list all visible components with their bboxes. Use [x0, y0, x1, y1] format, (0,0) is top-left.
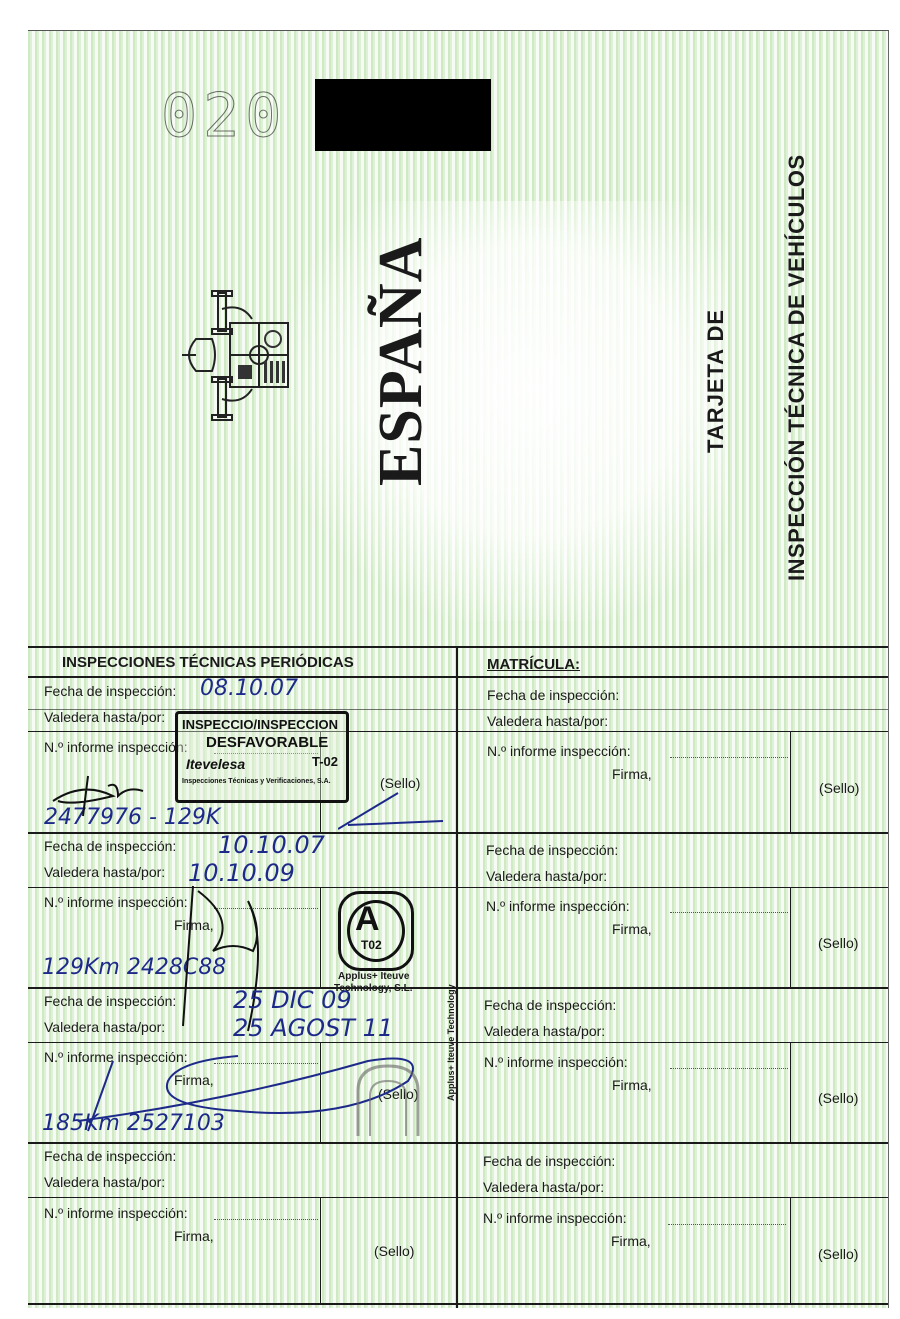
stamp-brand: Itevelesa	[186, 756, 245, 772]
stamp-company: Applus+ Iteuve Technology	[446, 984, 456, 1101]
informe-label: N.º informe inspección:	[486, 898, 630, 914]
perforated-serial-number: 020	[161, 86, 287, 146]
informe-label: N.º informe inspección:	[487, 743, 631, 759]
stamp-company-line1: Applus+ Iteuve	[338, 971, 409, 982]
fecha-label: Fecha de inspección:	[44, 683, 176, 699]
valedera-label: Valedera hasta/por:	[44, 1019, 165, 1035]
redacted-serial	[315, 79, 491, 151]
informe-label: N.º informe inspección:	[44, 894, 188, 910]
sello-label: (Sello)	[818, 1246, 858, 1262]
watermark-area	[288, 201, 728, 621]
fecha-value: 10.10.07	[218, 831, 325, 859]
firma-label: Firma,	[612, 1077, 652, 1093]
country-title: ESPAÑA	[366, 237, 437, 486]
fecha-label: Fecha de inspección:	[483, 1153, 615, 1169]
firma-label: Firma,	[612, 766, 652, 782]
informe-label: N.º informe inspección:	[483, 1210, 627, 1226]
pen-stroke	[338, 791, 448, 831]
fecha-value: 08.10.07	[200, 676, 298, 701]
stamp-code: T-02	[312, 754, 338, 769]
valedera-label: Valedera hasta/por:	[484, 1023, 605, 1039]
valedera-label: Valedera hasta/por:	[44, 1174, 165, 1190]
informe-dotted-line	[670, 912, 788, 913]
sello-label: (Sello)	[818, 935, 858, 951]
firma-label: Firma,	[612, 921, 652, 937]
stamp-line1: INSPECCIO/INSPECCION	[182, 717, 338, 732]
informe-label: N.º informe inspección:	[44, 1205, 188, 1221]
sello-label: (Sello)	[380, 775, 420, 791]
card-title-line1: TARJETA DE	[703, 309, 729, 453]
faded-stamp-icon	[348, 1061, 428, 1141]
periodic-inspections-heading: INSPECCIONES TÉCNICAS PERIÓDICAS	[62, 654, 354, 671]
sello-label: (Sello)	[818, 1090, 858, 1106]
fecha-label: Fecha de inspección:	[487, 687, 619, 703]
fecha-value: 25 DIC 09	[233, 986, 352, 1014]
coat-of-arms-icon	[178, 289, 296, 421]
fecha-label: Fecha de inspección:	[486, 842, 618, 858]
valedera-value: 25 AGOST 11	[233, 1014, 393, 1042]
valedera-label: Valedera hasta/por:	[487, 713, 608, 729]
fecha-label: Fecha de inspección:	[484, 997, 616, 1013]
firma-label: Firma,	[174, 1228, 214, 1244]
license-plate-heading: MATRÍCULA:	[487, 656, 580, 673]
valedera-label: Valedera hasta/por:	[486, 868, 607, 884]
sello-label: (Sello)	[819, 780, 859, 796]
informe-dotted-line	[668, 1224, 786, 1225]
fecha-label: Fecha de inspección:	[44, 1148, 176, 1164]
informe-label: N.º informe inspección:	[484, 1054, 628, 1070]
informe-label: N.º informe inspección:	[44, 739, 188, 755]
stamp-mark: A	[355, 900, 380, 939]
informe-dotted-line	[214, 1219, 318, 1220]
unfavorable-inspection-stamp: INSPECCIO/INSPECCION DESFAVORABLE T-02 I…	[175, 711, 349, 803]
signature-scribble	[48, 771, 158, 821]
informe-dotted-line	[670, 1068, 788, 1069]
firma-label: Firma,	[611, 1233, 651, 1249]
sello-label: (Sello)	[374, 1243, 414, 1259]
stamp-line2: DESFAVORABLE	[206, 734, 328, 751]
valedera-label: Valedera hasta/por:	[44, 709, 165, 725]
stamp-code: T02	[361, 938, 382, 952]
fecha-label: Fecha de inspección:	[44, 838, 176, 854]
stamp-company: Inspecciones Técnicas y Verificaciones, …	[182, 778, 331, 785]
card-title-line2: INSPECCIÓN TÉCNICA DE VEHÍCULOS	[784, 154, 810, 581]
valedera-label: Valedera hasta/por:	[44, 864, 165, 880]
applus-stamp: A T02	[338, 891, 414, 971]
fecha-label: Fecha de inspección:	[44, 993, 176, 1009]
itv-card: 020 ESPAÑA TARJETA DE INSPECCIÓN TÉCNICA…	[28, 30, 889, 1308]
valedera-value: 10.10.09	[188, 859, 295, 887]
valedera-label: Valedera hasta/por:	[483, 1179, 604, 1195]
informe-dotted-line	[670, 757, 788, 758]
